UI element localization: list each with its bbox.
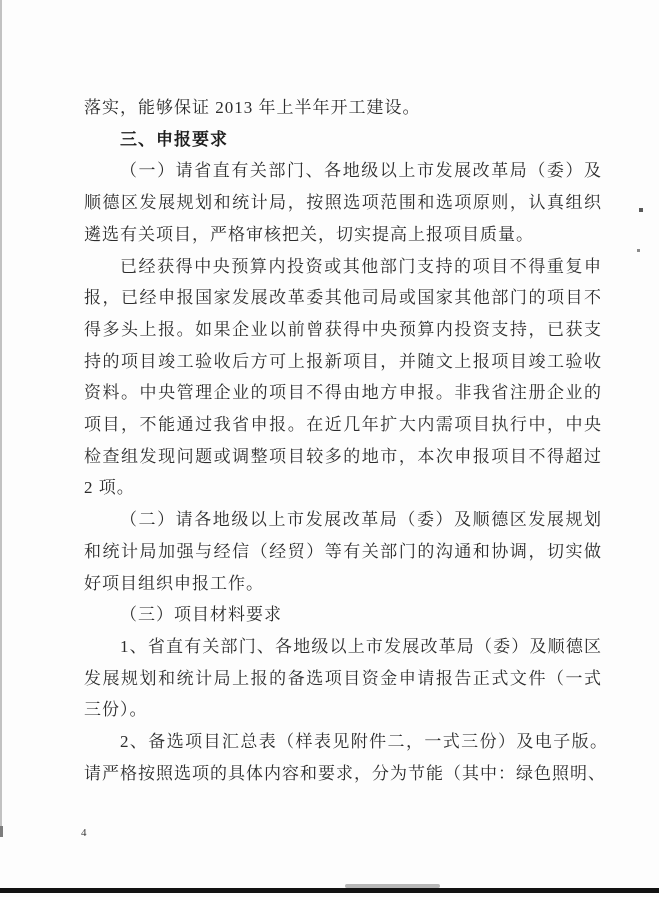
scan-speck-artifact (637, 249, 640, 252)
section-heading: 三、申报要求 (84, 124, 602, 156)
document-body: 落实，能够保证 2013 年上半年开工建设。 三、申报要求 （一）请省直有关部门… (84, 92, 602, 789)
scan-speck-artifact (639, 208, 643, 212)
scan-edge-line-artifact (0, 0, 2, 836)
paragraph-item-2: （二）请各地级以上市发展改革局（委）及顺德区发展规划和统计局加强与经信（经贸）等… (84, 504, 602, 599)
scan-edge-nub-artifact (0, 826, 3, 837)
paragraph-continuation: 落实，能够保证 2013 年上半年开工建设。 (84, 92, 602, 124)
paragraph-sub-2: 2、备选项目汇总表（样表见附件二，一式三份）及电子版。请严格按照选项的具体内容和… (84, 726, 608, 789)
paragraph-sub-1: 1、省直有关部门、各地级以上市发展改革局（委）及顺德区发展规划和统计局上报的备选… (84, 631, 602, 726)
paragraph-item-1: （一）请省直有关部门、各地级以上市发展改革局（委）及顺德区发展规划和统计局，按照… (84, 155, 602, 250)
scanned-document-page: 落实，能够保证 2013 年上半年开工建设。 三、申报要求 （一）请省直有关部门… (0, 0, 659, 897)
scan-bar-artifact (0, 888, 659, 893)
page-number: 4 (81, 827, 87, 839)
paragraph-item-3: （三）项目材料要求 (84, 599, 602, 631)
paragraph-body: 已经获得中央预算内投资或其他部门支持的项目不得重复申报，已经申报国家发展改革委其… (84, 251, 602, 505)
